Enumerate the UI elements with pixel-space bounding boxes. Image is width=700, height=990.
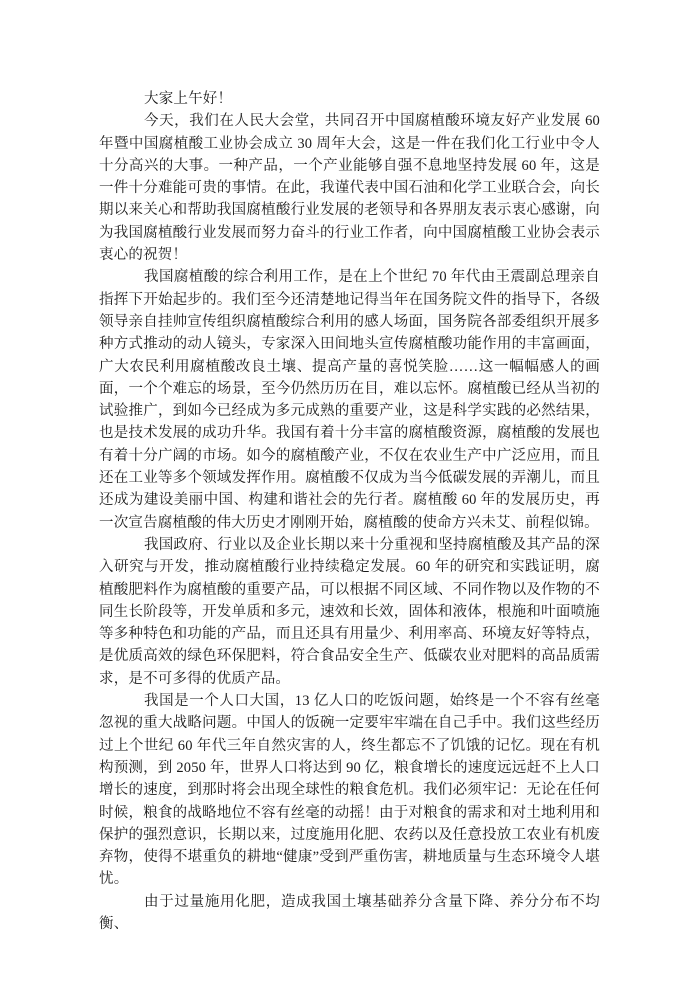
paragraph-research-products: 我国政府、行业以及企业长期以来十分重视和坚持腐植酸及其产品的深入研究与开发，推动…	[99, 534, 600, 690]
paragraph-food-security: 我国是一个人口大国，13 亿人口的吃饭问题，始终是一个不容有丝毫忽视的重大战略问…	[99, 690, 600, 891]
paragraph-opening-congratulations: 今天，我们在人民大会堂，共同召开中国腐植酸环境友好产业发展 60 年暨中国腐植酸…	[99, 110, 600, 266]
paragraph-industry-history: 我国腐植酸的综合利用工作，是在上个世纪 70 年代由王震副总理亲自指挥下开始起步…	[99, 266, 600, 534]
document-page: 大家上午好！ 今天，我们在人民大会堂，共同召开中国腐植酸环境友好产业发展 60 …	[0, 0, 700, 990]
paragraph-greeting: 大家上午好！	[99, 88, 600, 110]
paragraph-soil-degradation: 由于过量施用化肥，造成我国土壤基础养分含量下降、养分分布不均衡、	[99, 891, 600, 936]
